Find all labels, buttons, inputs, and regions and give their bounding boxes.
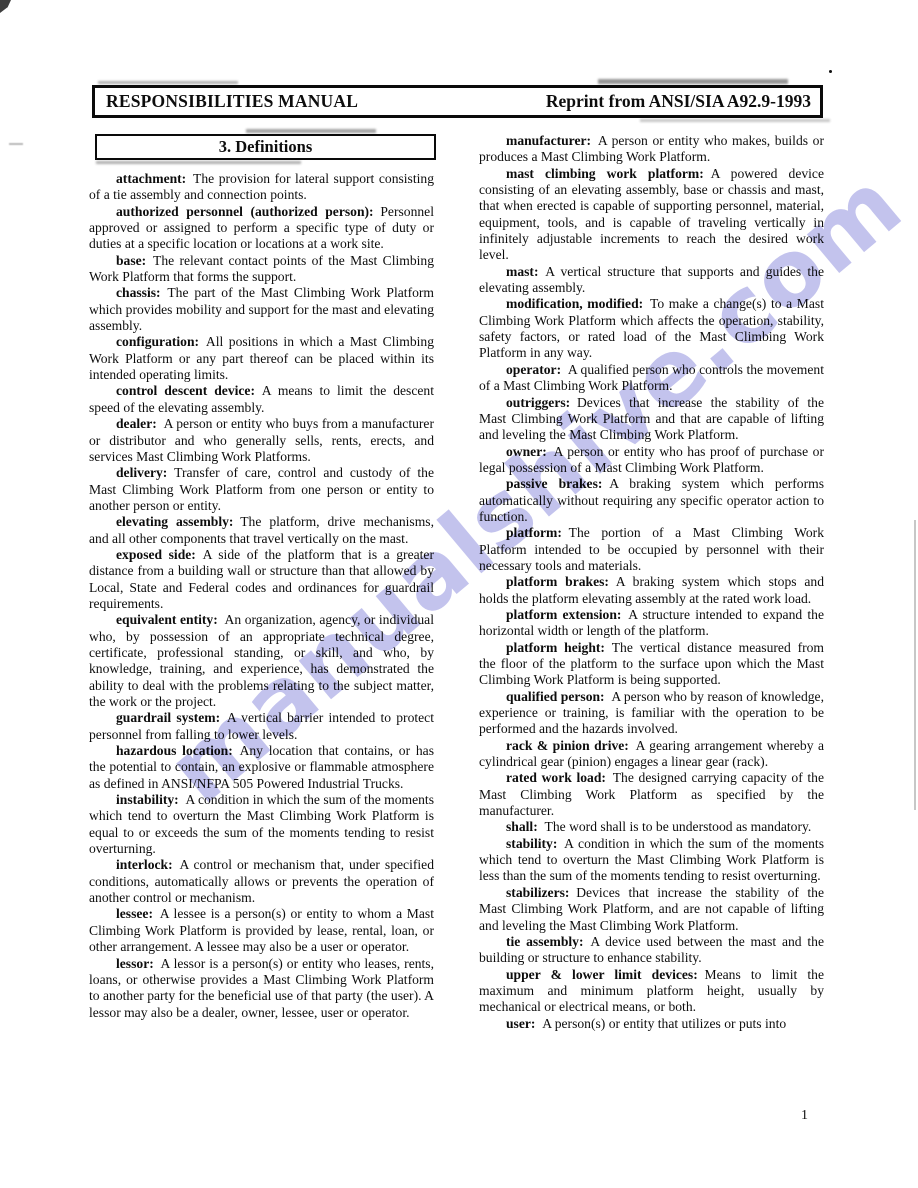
definition-entry: guardrail system: A vertical barrier int… — [89, 710, 434, 743]
definition-term: interlock: — [116, 857, 173, 872]
section-title-box: 3. Definitions — [95, 134, 436, 160]
definition-term: control descent device: — [116, 383, 255, 398]
scan-artifact-smudge — [246, 129, 376, 133]
definition-entry: platform extension: A structure intended… — [479, 607, 824, 640]
definition-entry: platform: The portion of a Mast Climbing… — [479, 525, 824, 574]
scan-artifact-smudge — [598, 79, 788, 84]
definition-entry: upper & lower limit devices: Means to li… — [479, 967, 824, 1016]
definition-term: instability: — [116, 792, 179, 807]
definition-term: rack & pinion drive: — [506, 738, 629, 753]
definition-entry: tie assembly: A device used between the … — [479, 934, 824, 967]
definition-entry: user: A person(s) or entity that utilize… — [479, 1016, 824, 1032]
definition-term: shall: — [506, 819, 538, 834]
definition-entry: elevating assembly: The platform, drive … — [89, 514, 434, 547]
manual-title: RESPONSIBILITIES MANUAL — [106, 91, 358, 112]
definition-entry: control descent device: A means to limit… — [89, 383, 434, 416]
definition-entry: chassis: The part of the Mast Climbing W… — [89, 285, 434, 334]
definition-entry: exposed side: A side of the platform tha… — [89, 547, 434, 612]
scan-artifact-smudge — [96, 161, 301, 164]
scan-artifact-dot — [829, 70, 832, 73]
definition-entry: rated work load: The designed carrying c… — [479, 770, 824, 819]
definition-entry: instability: A condition in which the su… — [89, 792, 434, 857]
definition-term: guardrail system: — [116, 710, 220, 725]
definition-entry: base: The relevant contact points of the… — [89, 253, 434, 286]
definition-term: lessee: — [116, 906, 153, 921]
definition-term: dealer: — [116, 416, 157, 431]
definition-term: modification, modified: — [506, 296, 643, 311]
definition-term: hazardous location: — [116, 743, 233, 758]
definition-entry: owner: A person or entity who has proof … — [479, 444, 824, 477]
definition-term: stabilizers: — [506, 885, 569, 900]
definition-term: configuration: — [116, 334, 199, 349]
definition-entry: outriggers: Devices that increase the st… — [479, 395, 824, 444]
definition-entry: platform brakes: A braking system which … — [479, 574, 824, 607]
definition-term: exposed side: — [116, 547, 196, 562]
definition-term: authorized personnel (authorized person)… — [116, 204, 374, 219]
definition-term: passive brakes: — [506, 476, 602, 491]
definition-entry: shall: The word shall is to be understoo… — [479, 819, 824, 835]
definition-entry: attachment: The provision for lateral su… — [89, 171, 434, 204]
definition-term: user: — [506, 1016, 535, 1031]
definition-term: equivalent entity: — [116, 612, 218, 627]
page-number: 1 — [801, 1108, 808, 1124]
scan-artifact-smudge — [9, 143, 23, 145]
definition-entry: mast climbing work platform: A powered d… — [479, 166, 824, 264]
definition-entry: interlock: A control or mechanism that, … — [89, 857, 434, 906]
definition-term: upper & lower limit devices: — [506, 967, 698, 982]
document-page: RESPONSIBILITIES MANUAL Reprint from ANS… — [0, 0, 918, 1188]
definition-term: platform height: — [506, 640, 605, 655]
definition-term: mast: — [506, 264, 538, 279]
definition-term: rated work load: — [506, 770, 606, 785]
section-title: 3. Definitions — [219, 137, 313, 157]
scan-artifact-smudge — [640, 119, 830, 122]
definition-entry: modification, modified: To make a change… — [479, 296, 824, 361]
definition-entry: equivalent entity: An organization, agen… — [89, 612, 434, 710]
definition-entry: configuration: All positions in which a … — [89, 334, 434, 383]
scan-artifact-edge-line — [914, 520, 916, 810]
definition-entry: hazardous location: Any location that co… — [89, 743, 434, 792]
definition-term: attachment: — [116, 171, 186, 186]
definition-entry: lessee: A lessee is a person(s) or entit… — [89, 906, 434, 955]
reprint-label: Reprint from ANSI/SIA A92.9-1993 — [546, 91, 811, 112]
definition-term: lessor: — [116, 956, 154, 971]
definition-term: stability: — [506, 836, 557, 851]
definition-term: tie assembly: — [506, 934, 584, 949]
definition-entry: operator: A qualified person who control… — [479, 362, 824, 395]
definition-entry: stabilizers: Devices that increase the s… — [479, 885, 824, 934]
definition-entry: platform height: The vertical distance m… — [479, 640, 824, 689]
definition-term: operator: — [506, 362, 561, 377]
definition-entry: mast: A vertical structure that supports… — [479, 264, 824, 297]
definition-entry: passive brakes: A braking system which p… — [479, 476, 824, 525]
definition-entry: stability: A condition in which the sum … — [479, 836, 824, 885]
definitions-column-right: manufacturer: A person or entity who mak… — [479, 133, 824, 1032]
definition-entry: authorized personnel (authorized person)… — [89, 204, 434, 253]
definition-term: mast climbing work platform: — [506, 166, 704, 181]
definition-term: platform brakes: — [506, 574, 609, 589]
definition-term: outriggers: — [506, 395, 570, 410]
definition-term: owner: — [506, 444, 547, 459]
definition-term: manufacturer: — [506, 133, 591, 148]
definition-term: delivery: — [116, 465, 167, 480]
scan-artifact-corner — [0, 0, 11, 13]
definition-entry: lessor: A lessor is a person(s) or entit… — [89, 956, 434, 1021]
definition-entry: dealer: A person or entity who buys from… — [89, 416, 434, 465]
definition-entry: qualified person: A person who by reason… — [479, 689, 824, 738]
definitions-column-left: attachment: The provision for lateral su… — [89, 171, 434, 1021]
definition-entry: rack & pinion drive: A gearing arrangeme… — [479, 738, 824, 771]
definition-entry: manufacturer: A person or entity who mak… — [479, 133, 824, 166]
definition-term: chassis: — [116, 285, 161, 300]
definition-term: elevating assembly: — [116, 514, 233, 529]
definition-term: qualified person: — [506, 689, 605, 704]
definition-term: base: — [116, 253, 146, 268]
definition-text: The word shall is to be understood as ma… — [538, 819, 812, 834]
scan-artifact-smudge — [98, 81, 238, 84]
definition-entry: delivery: Transfer of care, control and … — [89, 465, 434, 514]
definition-term: platform: — [506, 525, 562, 540]
definition-term: platform extension: — [506, 607, 621, 622]
definition-text: A person(s) or entity that utilizes or p… — [535, 1016, 786, 1031]
header-box: RESPONSIBILITIES MANUAL Reprint from ANS… — [92, 85, 823, 118]
